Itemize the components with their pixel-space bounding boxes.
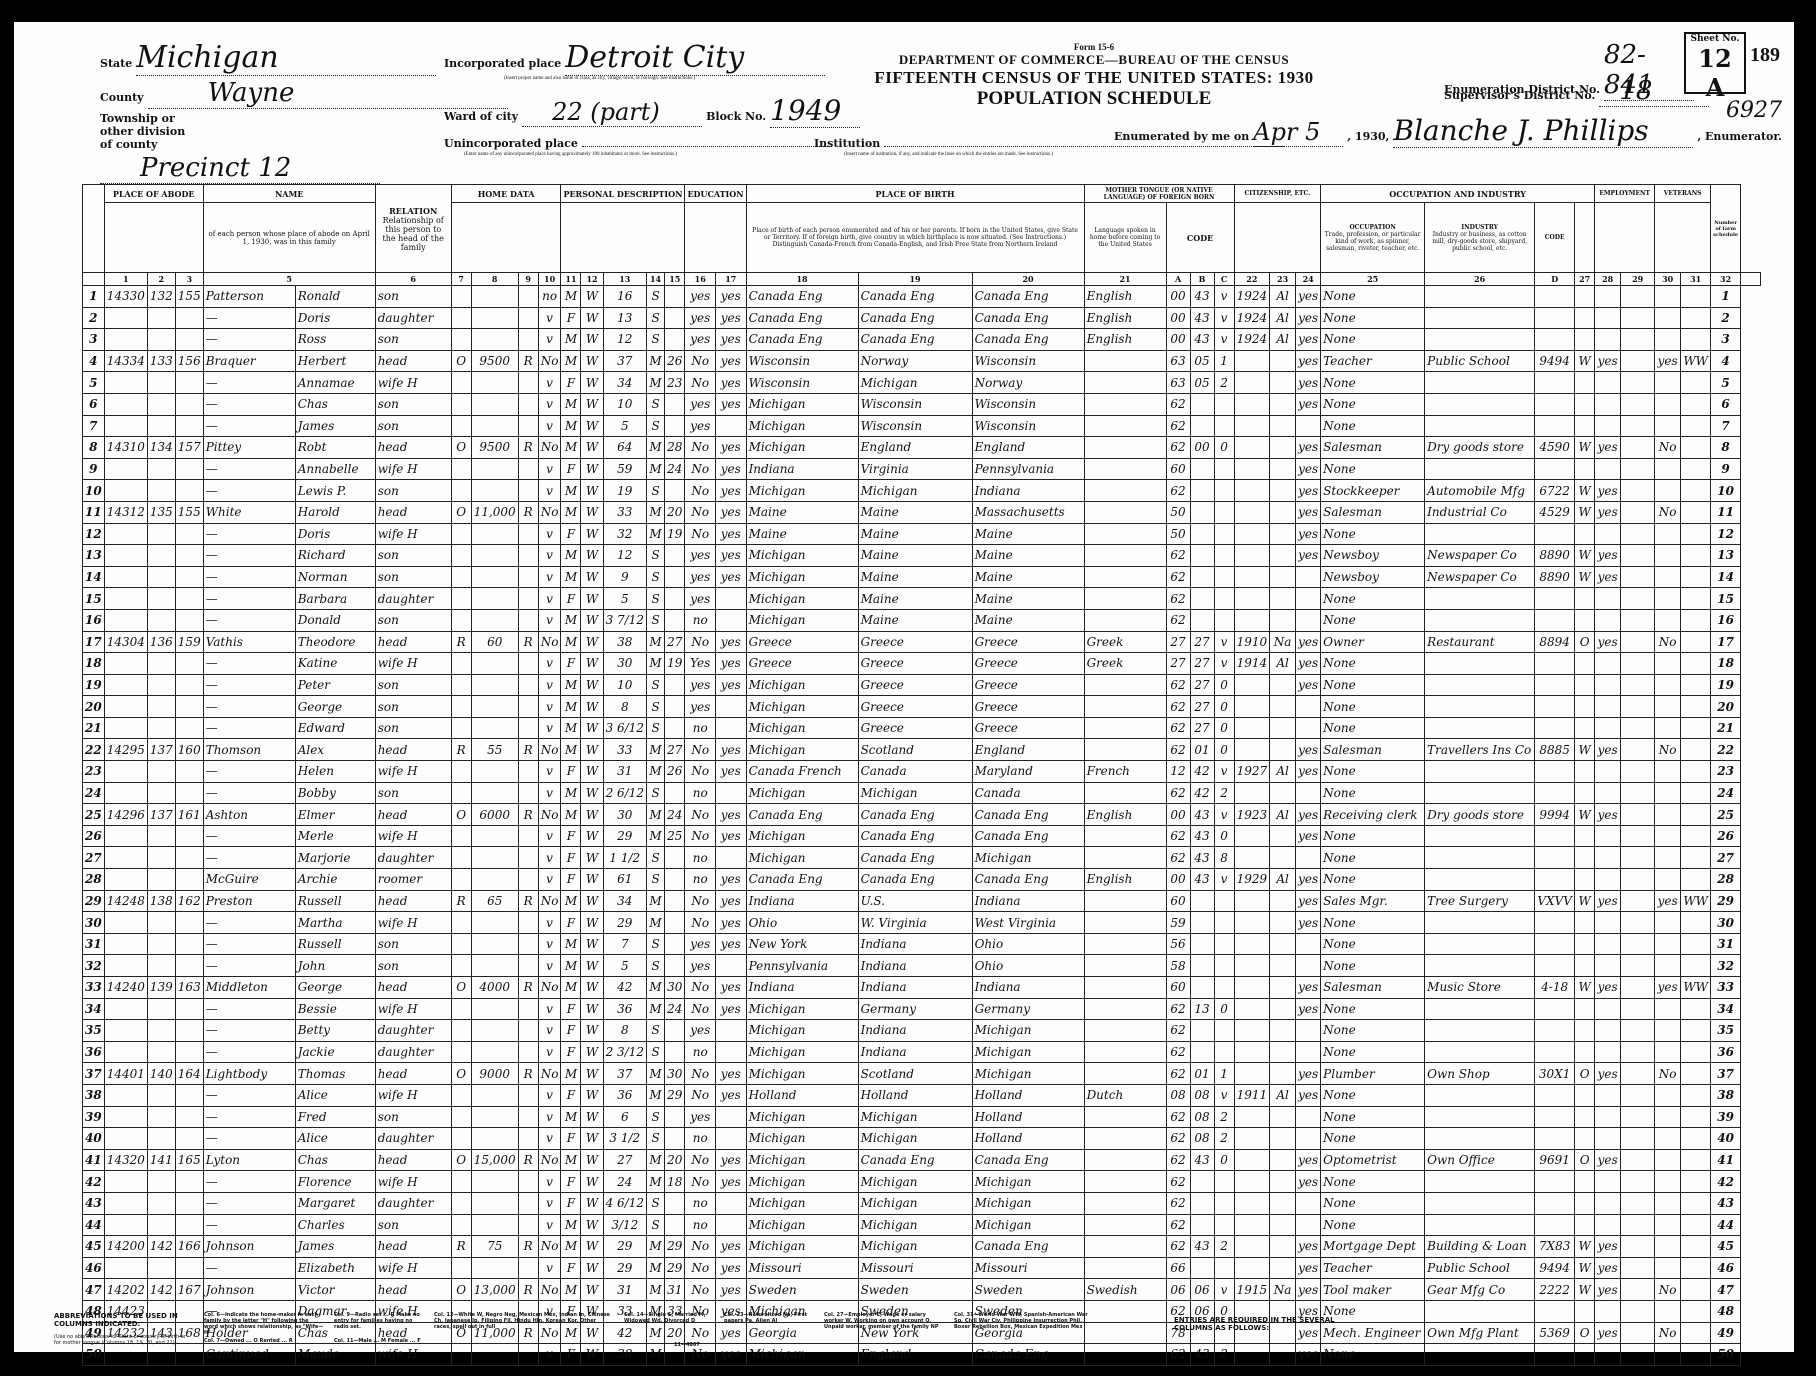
cell-fam: 166: [175, 1236, 203, 1258]
cell-vet: [1655, 523, 1681, 545]
cell-radio: [518, 869, 538, 891]
header-employment: EMPLOYMENT: [1595, 185, 1655, 203]
cell-emp: [1595, 653, 1621, 675]
cell-fam: [175, 1020, 203, 1042]
cell-cls: [1575, 1214, 1595, 1236]
cell-age: 10: [603, 674, 647, 696]
cell-fam: [175, 609, 203, 631]
cell-cls: W: [1575, 804, 1595, 826]
cell-ind: Gear Mfg Co: [1425, 1279, 1535, 1301]
cell-radio: R: [518, 437, 538, 459]
cell-radio: [518, 955, 538, 977]
cell-unemp: [1621, 739, 1655, 761]
cell-farm: v: [538, 588, 561, 610]
cell-occ: None: [1321, 912, 1425, 934]
cell-c: 2: [1214, 372, 1234, 394]
cell-sex: M: [561, 480, 581, 502]
header-veterans: VETERANS: [1655, 185, 1711, 203]
cell-nat: [1270, 480, 1296, 502]
cell-rel: son: [375, 696, 451, 718]
table-row: 114330132155PattersonRonaldsonnoMW16Syes…: [83, 286, 1761, 308]
cell-fpob: W. Virginia: [858, 912, 972, 934]
cell-radio: [518, 998, 538, 1020]
cell-agem: [665, 1214, 685, 1236]
cell-radio: R: [518, 1149, 538, 1171]
cell-emp: [1595, 998, 1621, 1020]
cell-fam: [175, 761, 203, 783]
cell-pob: Michigan: [746, 1192, 858, 1214]
cell-pob: Michigan: [746, 437, 858, 459]
cell-read: yes: [716, 1149, 747, 1171]
cell-c: 2: [1214, 1128, 1234, 1150]
cell-farm: v: [538, 1214, 561, 1236]
cell-fpob: Sweden: [858, 1279, 972, 1301]
cell-surname: —: [203, 566, 295, 588]
cell-cd: [1535, 1171, 1575, 1193]
cell-ln2: 30: [1711, 912, 1741, 934]
cell-radio: [518, 372, 538, 394]
cell-pob: Wisconsin: [746, 372, 858, 394]
cell-mar: M: [647, 1236, 665, 1258]
cell-mar: M: [647, 1149, 665, 1171]
table-row: 10—Lewis P.sonvMW19SNoyesMichiganMichiga…: [83, 480, 1761, 502]
cell-war: [1681, 761, 1711, 783]
cell-ind: Public School: [1425, 350, 1535, 372]
table-row: 35—BettydaughtervFW8SyesMichiganIndianaM…: [83, 1020, 1761, 1042]
cell-fam: [175, 955, 203, 977]
cell-pob: Michigan: [746, 1106, 858, 1128]
sheet-number-box: Sheet No. 12 A: [1684, 32, 1746, 94]
cell-unemp: [1621, 955, 1655, 977]
cell-occ: None: [1321, 955, 1425, 977]
cell-fam: [175, 674, 203, 696]
cell-ln: 14: [83, 566, 105, 588]
cell-race: W: [581, 1149, 603, 1171]
cell-street: [104, 674, 147, 696]
cell-val: [471, 955, 518, 977]
cell-radio: [518, 329, 538, 351]
cell-lang: [1084, 1214, 1166, 1236]
cell-lang: [1084, 847, 1166, 869]
cell-farm: No: [538, 890, 561, 912]
cell-cls: [1575, 847, 1595, 869]
cell-street: [104, 1192, 147, 1214]
cell-lang: [1084, 1063, 1166, 1085]
cell-fam: [175, 588, 203, 610]
sheet-label: Sheet No.: [1686, 34, 1744, 44]
cell-mpob: Canada Eng: [972, 1149, 1084, 1171]
cell-nat: [1270, 372, 1296, 394]
cell-mar: S: [647, 307, 665, 329]
cell-age: 24: [603, 1171, 647, 1193]
cell-war: [1681, 437, 1711, 459]
cell-pob: Maine: [746, 523, 858, 545]
cell-a: 62: [1166, 1041, 1190, 1063]
cell-mar: M: [647, 761, 665, 783]
cell-read: [716, 955, 747, 977]
cell-fpob: Wisconsin: [858, 393, 972, 415]
cell-b: 43: [1190, 1236, 1214, 1258]
cell-fam: [175, 933, 203, 955]
cell-val: [471, 825, 518, 847]
cell-cd: 6722: [1535, 480, 1575, 502]
cell-b: [1190, 912, 1214, 934]
footnote-col7: Col. 7—Owned ... O Rented ... R: [204, 1338, 324, 1344]
cell-age: 30: [603, 653, 647, 675]
cell-val: [471, 458, 518, 480]
cell-cd: [1535, 869, 1575, 891]
cell-imm: 1910: [1234, 631, 1270, 653]
cell-val: [471, 1214, 518, 1236]
cell-own: [451, 1171, 471, 1193]
cell-vet: [1655, 933, 1681, 955]
cell-eng: yes: [1296, 501, 1321, 523]
unincorporated-field: Unincorporated place (Enter name of any …: [444, 134, 832, 157]
cell-occ: None: [1321, 933, 1425, 955]
cell-emp: [1595, 847, 1621, 869]
cell-occ: Mortgage Dept: [1321, 1236, 1425, 1258]
cell-eng: [1296, 1041, 1321, 1063]
cell-val: [471, 847, 518, 869]
cell-b: [1190, 933, 1214, 955]
cell-b: 13: [1190, 998, 1214, 1020]
cell-b: [1190, 1041, 1214, 1063]
cell-fpob: Canada Eng: [858, 1149, 972, 1171]
cell-vet: [1655, 458, 1681, 480]
cell-rel: son: [375, 674, 451, 696]
cell-cls: W: [1575, 977, 1595, 999]
cell-farm: v: [538, 847, 561, 869]
cell-vet: [1655, 674, 1681, 696]
cell-nat: Al: [1270, 1084, 1296, 1106]
cell-surname: —: [203, 782, 295, 804]
cell-val: [471, 609, 518, 631]
cell-age: 32: [603, 523, 647, 545]
cell-b: [1190, 501, 1214, 523]
cell-unemp: [1621, 825, 1655, 847]
cell-ln2: 18: [1711, 653, 1741, 675]
cell-nat: [1270, 674, 1296, 696]
cell-agem: 27: [665, 739, 685, 761]
cell-cls: [1575, 955, 1595, 977]
cell-mar: M: [647, 350, 665, 372]
cell-cls: [1575, 523, 1595, 545]
cell-emp: [1595, 1041, 1621, 1063]
cell-occ: None: [1321, 717, 1425, 739]
cell-a: 08: [1166, 1084, 1190, 1106]
cell-sex: F: [561, 1192, 581, 1214]
cell-sex: F: [561, 847, 581, 869]
cell-mar: S: [647, 393, 665, 415]
cell-dw: [147, 372, 175, 394]
cell-agem: 20: [665, 1149, 685, 1171]
cell-mpob: Greece: [972, 717, 1084, 739]
cell-war: [1681, 609, 1711, 631]
cell-eng: yes: [1296, 804, 1321, 826]
cell-unemp: [1621, 696, 1655, 718]
cell-cls: W: [1575, 739, 1595, 761]
cell-dw: [147, 998, 175, 1020]
cell-age: 31: [603, 761, 647, 783]
cell-unemp: [1621, 804, 1655, 826]
cell-street: [104, 1020, 147, 1042]
cell-cls: [1575, 1041, 1595, 1063]
cell-read: yes: [716, 523, 747, 545]
cell-vet: No: [1655, 1063, 1681, 1085]
cell-given: Jackie: [295, 1041, 375, 1063]
cell-agem: [665, 933, 685, 955]
cell-cls: [1575, 782, 1595, 804]
cell-given: Russell: [295, 933, 375, 955]
cell-surname: —: [203, 696, 295, 718]
cell-sex: M: [561, 1149, 581, 1171]
cell-radio: [518, 761, 538, 783]
cell-race: W: [581, 869, 603, 891]
table-row: 5—Annamaewife HvFW34M23NoyesWisconsinMic…: [83, 372, 1761, 394]
cell-vet: [1655, 825, 1681, 847]
cell-dw: [147, 523, 175, 545]
cell-c: [1214, 566, 1234, 588]
cell-mar: M: [647, 523, 665, 545]
cell-mar: M: [647, 501, 665, 523]
cell-lang: [1084, 1106, 1166, 1128]
cell-own: [451, 955, 471, 977]
cell-age: 29: [603, 825, 647, 847]
cell-sex: M: [561, 286, 581, 308]
cell-ind: Tree Surgery: [1425, 890, 1535, 912]
cell-surname: —: [203, 329, 295, 351]
cell-mar: S: [647, 1106, 665, 1128]
cell-b: 43: [1190, 286, 1214, 308]
cell-ln: 25: [83, 804, 105, 826]
cell-war: [1681, 1084, 1711, 1106]
cell-ln2: 11: [1711, 501, 1741, 523]
cell-mar: S: [647, 545, 665, 567]
cell-age: 2 3/12: [603, 1041, 647, 1063]
cell-sex: F: [561, 458, 581, 480]
cell-b: 43: [1190, 1149, 1214, 1171]
cell-age: 13: [603, 307, 647, 329]
cell-fpob: Michigan: [858, 480, 972, 502]
block-label: Block No.: [706, 110, 766, 123]
cell-unemp: [1621, 458, 1655, 480]
cell-ind: [1425, 998, 1535, 1020]
cell-nat: [1270, 955, 1296, 977]
cell-dw: 140: [147, 1063, 175, 1085]
cell-rel: daughter: [375, 588, 451, 610]
cell-nat: Al: [1270, 761, 1296, 783]
cell-val: 15,000: [471, 1149, 518, 1171]
cell-c: 8: [1214, 847, 1234, 869]
table-row: 16—DonaldsonvMW3 7/12SnoMichiganMaineMai…: [83, 609, 1761, 631]
cell-rel: son: [375, 933, 451, 955]
cell-sch: yes: [685, 588, 716, 610]
cell-pob: Michigan: [746, 1128, 858, 1150]
cell-read: yes: [716, 1279, 747, 1301]
cell-fpob: Maine: [858, 609, 972, 631]
cell-given: Elizabeth: [295, 1257, 375, 1279]
cell-rel: head: [375, 739, 451, 761]
unincorporated-label: Unincorporated place: [444, 137, 578, 150]
cell-race: W: [581, 307, 603, 329]
cell-emp: [1595, 286, 1621, 308]
cell-read: [716, 1106, 747, 1128]
cell-sch: No: [685, 977, 716, 999]
cell-radio: [518, 523, 538, 545]
supervisor-district-field: Supervisor's District No. 18: [1444, 76, 1709, 107]
cell-war: [1681, 501, 1711, 523]
cell-race: W: [581, 609, 603, 631]
cell-vet: [1655, 761, 1681, 783]
cell-radio: [518, 458, 538, 480]
enumerated-by-field: Enumerated by me on Apr 5 , 1930, Blanch…: [1114, 114, 1782, 148]
cell-agem: 31: [665, 1279, 685, 1301]
cell-pob: Indiana: [746, 977, 858, 999]
cell-imm: [1234, 847, 1270, 869]
cell-age: 16: [603, 286, 647, 308]
cell-sex: M: [561, 415, 581, 437]
cell-a: 62: [1166, 1128, 1190, 1150]
cell-fam: 155: [175, 501, 203, 523]
cell-c: [1214, 1257, 1234, 1279]
cell-sex: F: [561, 761, 581, 783]
cell-street: [104, 653, 147, 675]
cell-agem: [665, 1106, 685, 1128]
cell-ind: Own Office: [1425, 1149, 1535, 1171]
cell-mpob: Maine: [972, 609, 1084, 631]
cell-imm: 1915: [1234, 1279, 1270, 1301]
population-schedule-table: PLACE OF ABODE NAME RELATIONRelationship…: [82, 184, 1761, 1366]
cell-rel: son: [375, 782, 451, 804]
cell-cd: [1535, 955, 1575, 977]
cell-val: [471, 1257, 518, 1279]
cell-ln: 8: [83, 437, 105, 459]
cell-surname: —: [203, 717, 295, 739]
cell-read: yes: [716, 653, 747, 675]
cell-fpob: Michigan: [858, 1128, 972, 1150]
abbrev-title: ABBREVIATIONS TO BE USED IN COLUMNS INDI…: [54, 1312, 194, 1328]
cell-own: [451, 307, 471, 329]
cell-unemp: [1621, 501, 1655, 523]
cell-street: [104, 588, 147, 610]
cell-occ: None: [1321, 653, 1425, 675]
cell-b: 00: [1190, 437, 1214, 459]
cell-fpob: Scotland: [858, 1063, 972, 1085]
cell-ln2: 4: [1711, 350, 1741, 372]
cell-war: [1681, 458, 1711, 480]
cell-nat: [1270, 933, 1296, 955]
cell-mpob: Indiana: [972, 977, 1084, 999]
cell-vet: yes: [1655, 890, 1681, 912]
cell-ln: 35: [83, 1020, 105, 1042]
cell-ln: 19: [83, 674, 105, 696]
cell-ln: 18: [83, 653, 105, 675]
cell-cd: [1535, 782, 1575, 804]
cell-own: [451, 609, 471, 631]
cell-emp: [1595, 912, 1621, 934]
cell-ln2: 27: [1711, 847, 1741, 869]
cell-rel: son: [375, 1214, 451, 1236]
cell-lang: [1084, 545, 1166, 567]
cell-c: 0: [1214, 998, 1234, 1020]
cell-cd: [1535, 825, 1575, 847]
cell-ln2: 20: [1711, 696, 1741, 718]
cell-age: 33: [603, 739, 647, 761]
cell-ln: 1: [83, 286, 105, 308]
cell-occ: None: [1321, 696, 1425, 718]
cell-imm: 1911: [1234, 1084, 1270, 1106]
cell-given: Donald: [295, 609, 375, 631]
cell-surname: Patterson: [203, 286, 295, 308]
cell-unemp: [1621, 1020, 1655, 1042]
cell-eng: yes: [1296, 739, 1321, 761]
cell-sex: F: [561, 1020, 581, 1042]
cell-a: 62: [1166, 1192, 1190, 1214]
cell-nat: Al: [1270, 653, 1296, 675]
cell-ind: [1425, 912, 1535, 934]
cell-nat: [1270, 588, 1296, 610]
cell-mar: M: [647, 977, 665, 999]
cell-eng: yes: [1296, 1236, 1321, 1258]
cell-a: 63: [1166, 372, 1190, 394]
cell-c: [1214, 1041, 1234, 1063]
cell-rel: daughter: [375, 1192, 451, 1214]
cell-farm: v: [538, 1257, 561, 1279]
cell-farm: v: [538, 869, 561, 891]
cell-own: [451, 674, 471, 696]
cell-surname: —: [203, 761, 295, 783]
cell-ind: Newspaper Co: [1425, 566, 1535, 588]
cell-radio: [518, 1020, 538, 1042]
cell-eng: yes: [1296, 674, 1321, 696]
cell-occ: Newsboy: [1321, 566, 1425, 588]
cell-imm: 1929: [1234, 869, 1270, 891]
cell-mar: S: [647, 696, 665, 718]
cell-race: W: [581, 1192, 603, 1214]
cell-radio: [518, 912, 538, 934]
cell-imm: [1234, 415, 1270, 437]
cell-ind: Own Shop: [1425, 1063, 1535, 1085]
cell-dw: [147, 1128, 175, 1150]
cell-eng: [1296, 955, 1321, 977]
cell-emp: yes: [1595, 739, 1621, 761]
cell-mar: M: [647, 653, 665, 675]
cell-lang: [1084, 696, 1166, 718]
sheet-value: 12 A: [1686, 44, 1744, 102]
cell-rel: head: [375, 1149, 451, 1171]
cell-age: 7: [603, 933, 647, 955]
cell-ln: 16: [83, 609, 105, 631]
cell-race: W: [581, 1279, 603, 1301]
cell-eng: yes: [1296, 653, 1321, 675]
cell-age: 61: [603, 869, 647, 891]
cell-unemp: [1621, 1257, 1655, 1279]
cell-ln: 9: [83, 458, 105, 480]
cell-read: yes: [716, 1171, 747, 1193]
cell-pob: Wisconsin: [746, 350, 858, 372]
cell-given: Harold: [295, 501, 375, 523]
cell-val: 60: [471, 631, 518, 653]
cell-surname: —: [203, 674, 295, 696]
cell-radio: [518, 1257, 538, 1279]
cell-cls: [1575, 372, 1595, 394]
cell-vet: [1655, 998, 1681, 1020]
cell-ind: [1425, 523, 1535, 545]
cell-b: 27: [1190, 696, 1214, 718]
table-row: 9—Annabellewife HvFW59M24NoyesIndianaVir…: [83, 458, 1761, 480]
cell-vet: [1655, 609, 1681, 631]
institution-label: Institution: [814, 137, 880, 150]
